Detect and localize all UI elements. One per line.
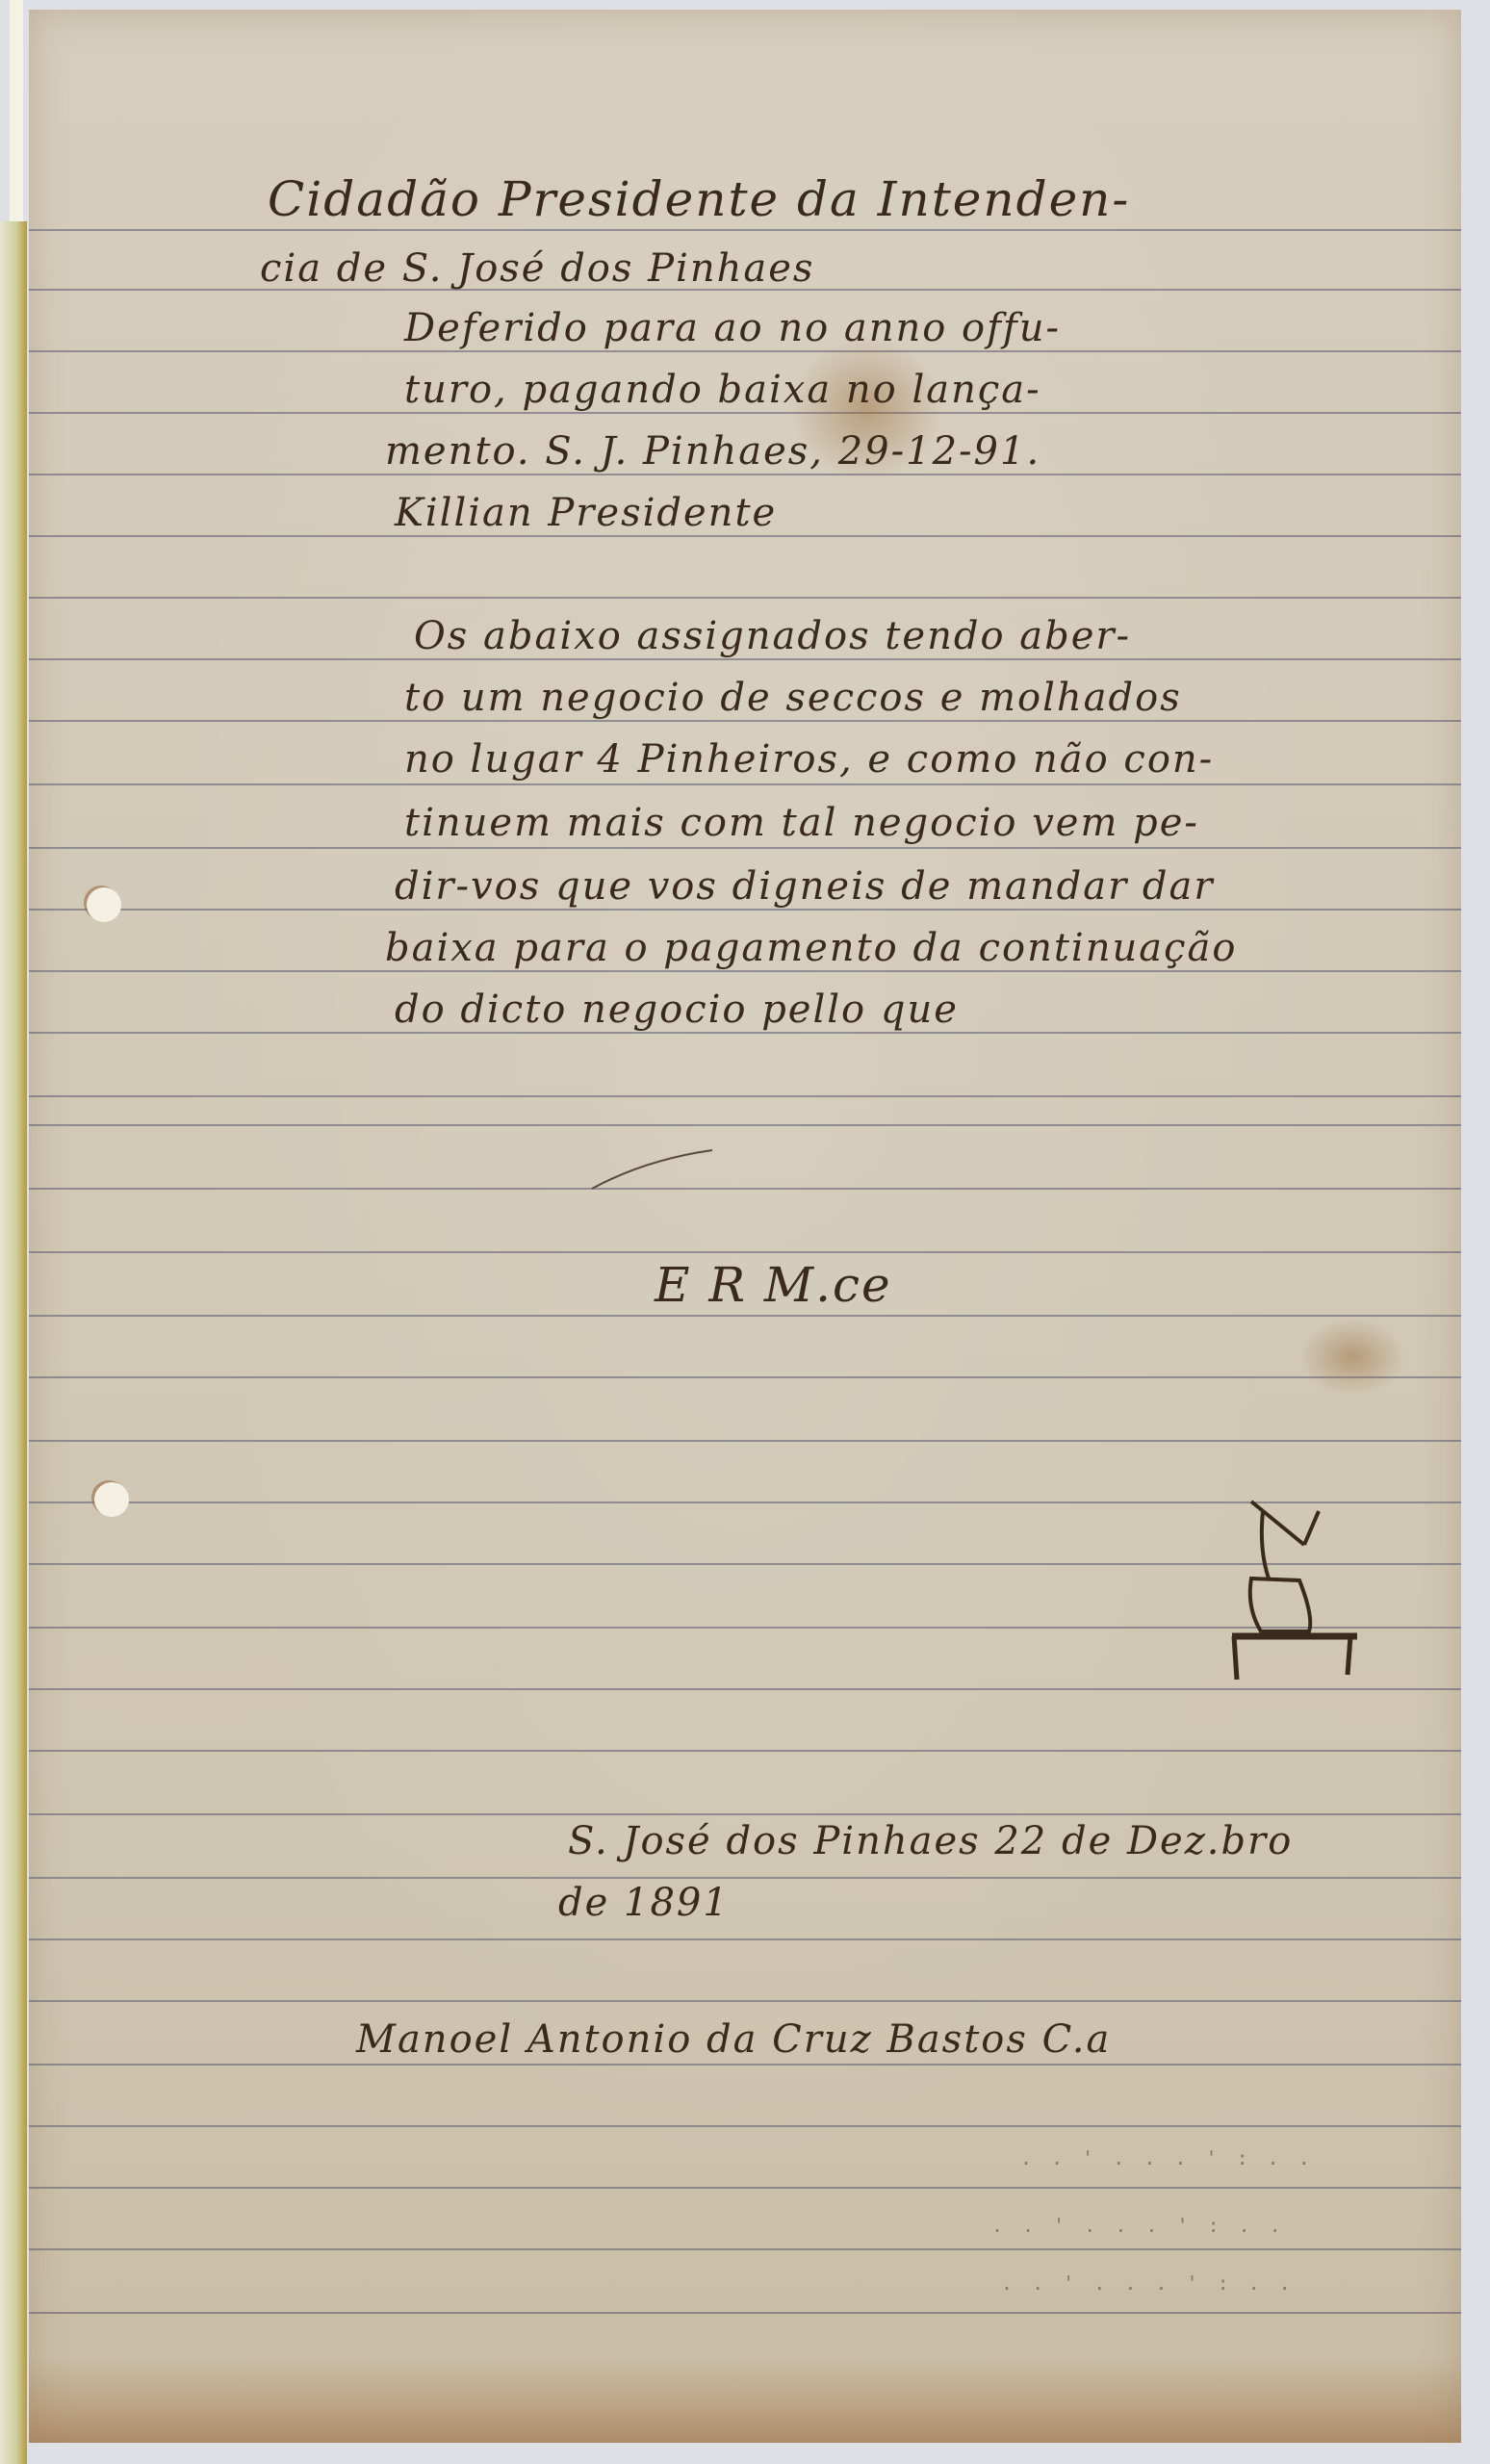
- dispatch-line-1: Deferido para ao no anno offu-: [404, 306, 1061, 350]
- closing-formula: E R M.ce: [655, 1257, 892, 1313]
- rule-line: [29, 2000, 1461, 2002]
- rule-line: [29, 909, 1461, 911]
- place-date-line-1: S. José dos Pinhaes 22 de Dez.bro: [568, 1819, 1293, 1863]
- rule-line: [29, 783, 1461, 785]
- rule-line: [29, 658, 1461, 660]
- drawn-mark-icon: [1222, 1492, 1367, 1684]
- rule-line: [29, 2064, 1461, 2066]
- rule-line: [29, 970, 1461, 972]
- body-line-6: baixa para o pagamento da continuação: [385, 926, 1237, 970]
- rule-line: [29, 535, 1461, 537]
- dispatch-signature: Killian Presidente: [395, 491, 777, 535]
- rule-line: [29, 2248, 1461, 2250]
- place-date-line-2: de 1891: [558, 1881, 730, 1925]
- rule-line: [29, 2312, 1461, 2314]
- rule-line: [29, 597, 1461, 599]
- address-line-2: cia de S. José dos Pinhaes: [260, 246, 814, 291]
- rule-line: [29, 2125, 1461, 2127]
- stray-pen-stroke: [587, 1145, 722, 1193]
- body-line-5: dir-vos que vos digneis de mandar dar: [395, 864, 1215, 909]
- dispatch-line-2: turo, pagando baixa no lança-: [404, 368, 1041, 412]
- stain: [1299, 1319, 1405, 1396]
- body-line-4: tinuem mais com tal negocio vem pe-: [404, 801, 1199, 845]
- rule-line: [29, 1750, 1461, 1752]
- rule-line: [29, 474, 1461, 475]
- rule-line: [29, 229, 1461, 231]
- rule-line: [29, 350, 1461, 352]
- rule-line: [29, 1376, 1461, 1378]
- rule-line: [29, 1124, 1461, 1126]
- rule-line: [29, 1938, 1461, 1940]
- bleed-through-marks: . . ' . . . ' : . .: [1020, 2146, 1314, 2169]
- dispatch-line-3: mento. S. J. Pinhaes, 29-12-91.: [385, 429, 1040, 474]
- body-line-2: to um negocio de seccos e molhados: [404, 676, 1182, 720]
- rule-line: [29, 847, 1461, 849]
- rule-line: [29, 1877, 1461, 1879]
- address-line-1: Cidadão Presidente da Intenden-: [268, 171, 1130, 227]
- rule-line: [29, 2187, 1461, 2189]
- rule-line: [29, 1688, 1461, 1690]
- punch-hole: [87, 887, 121, 922]
- bleed-through-marks: . . ' . . . ' : . .: [991, 2214, 1285, 2237]
- rule-line: [29, 1095, 1461, 1097]
- rule-line: [29, 1315, 1461, 1317]
- body-line-3: no lugar 4 Pinheiros, e como não con-: [404, 737, 1214, 782]
- signatory-signature: Manoel Antonio da Cruz Bastos C.a: [356, 2017, 1111, 2062]
- rule-line: [29, 1188, 1461, 1190]
- rule-line: [29, 720, 1461, 722]
- rule-line: [29, 1251, 1461, 1253]
- rule-line: [29, 412, 1461, 414]
- punch-hole: [94, 1482, 129, 1517]
- backing-sheet: [0, 221, 27, 2464]
- rule-line: [29, 1440, 1461, 1442]
- rule-line: [29, 1813, 1461, 1815]
- document-page: Cidadão Presidente da Intenden- cia de S…: [29, 10, 1461, 2443]
- body-line-1: Os abaixo assignados tendo aber-: [414, 614, 1131, 658]
- body-line-7: do dicto negocio pello que: [395, 988, 959, 1032]
- bleed-through-marks: . . ' . . . ' : . .: [1001, 2271, 1295, 2295]
- rule-line: [29, 1032, 1461, 1034]
